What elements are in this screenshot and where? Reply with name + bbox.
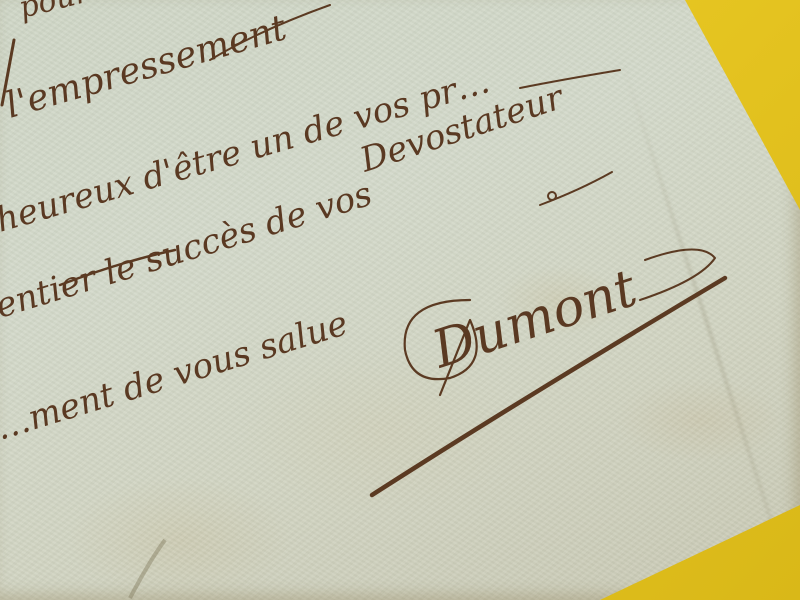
flourish-loop bbox=[548, 192, 556, 200]
signature: Dumont bbox=[425, 258, 644, 380]
handwritten-line: …ment de vous salue bbox=[0, 303, 353, 448]
flourish-stroke bbox=[520, 70, 620, 88]
ink-stain bbox=[130, 540, 165, 598]
photo-scene: pour l'empressement heureux d'être un de… bbox=[0, 0, 800, 600]
handwritten-line: pour bbox=[15, 0, 94, 26]
handwriting-layer: pour l'empressement heureux d'être un de… bbox=[0, 0, 800, 600]
handwritten-line: l'empressement bbox=[1, 7, 291, 126]
